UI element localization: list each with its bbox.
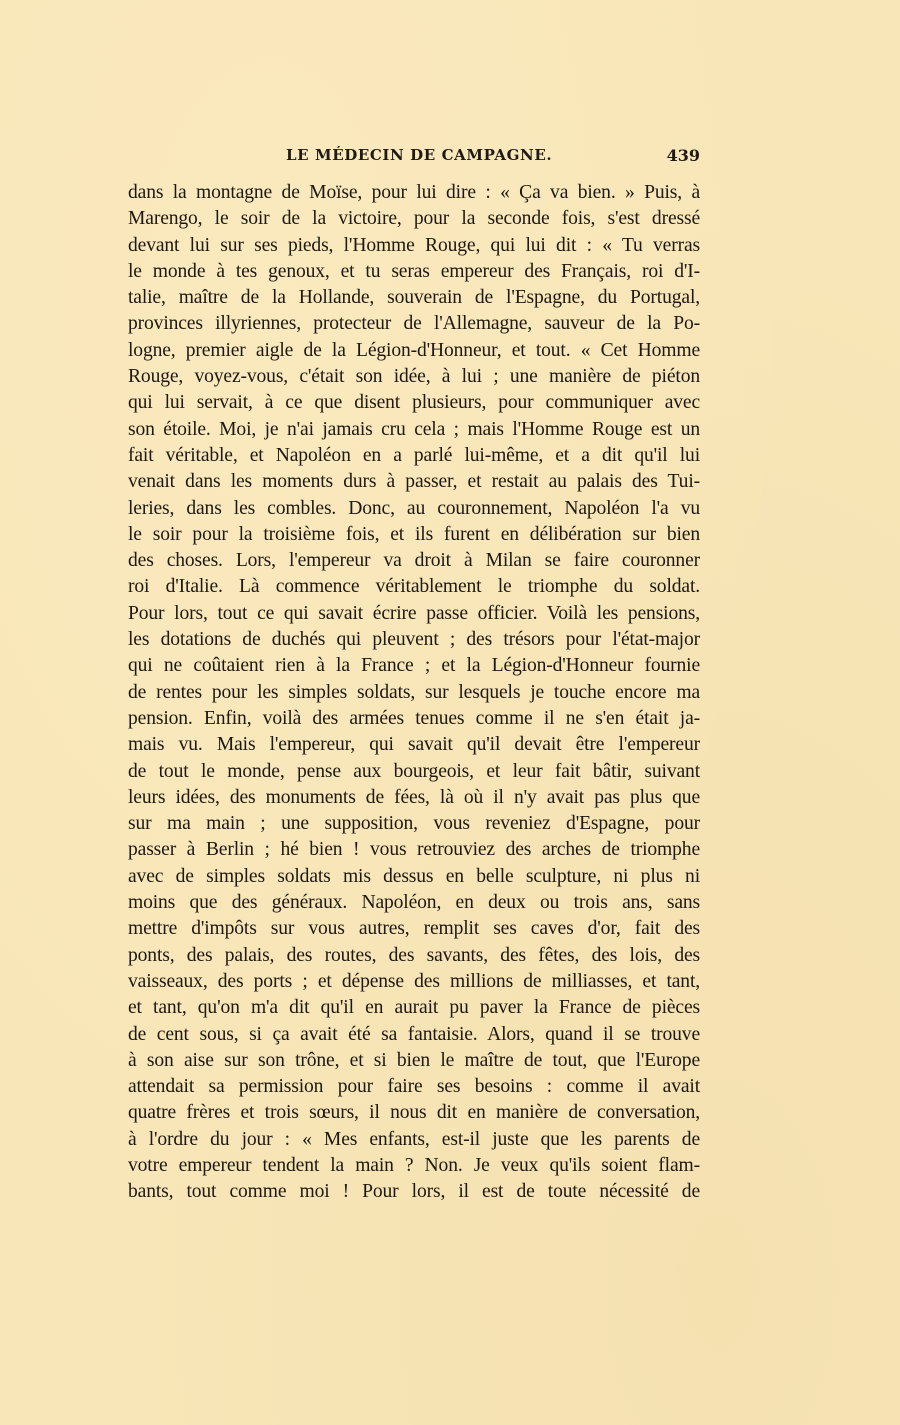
text-line: le monde à tes genoux, et tu seras emper… — [128, 259, 700, 285]
text-line: son étoile. Moi, je n'ai jamais cru cela… — [128, 417, 700, 443]
body-text: dans la montagne de Moïse, pour lui dire… — [128, 180, 700, 1206]
text-line: mais vu. Mais l'empereur, qui savait qu'… — [128, 732, 700, 758]
text-line: Pour lors, tout ce qui savait écrire pas… — [128, 601, 700, 627]
text-line: pension. Enfin, voilà des armées tenues … — [128, 706, 700, 732]
text-line: bants, tout comme moi ! Pour lors, il es… — [128, 1179, 700, 1205]
text-line: leries, dans les combles. Donc, au couro… — [128, 496, 700, 522]
running-title: LE MÉDECIN DE CAMPAGNE. — [286, 146, 552, 164]
text-line: passer à Berlin ; hé bien ! vous retrouv… — [128, 837, 700, 863]
text-line: qui ne coûtaient rien à la France ; et l… — [128, 653, 700, 679]
text-line: de rentes pour les simples soldats, sur … — [128, 680, 700, 706]
text-line: avec de simples soldats mis dessus en be… — [128, 864, 700, 890]
text-line: roi d'Italie. Là commence véritablement … — [128, 574, 700, 600]
text-line: provinces illyriennes, protecteur de l'A… — [128, 311, 700, 337]
text-line: Rouge, voyez-vous, c'était son idée, à l… — [128, 364, 700, 390]
text-line: les dotations de duchés qui pleuvent ; d… — [128, 627, 700, 653]
text-line: à l'ordre du jour : « Mes enfants, est-i… — [128, 1127, 700, 1153]
text-line: dans la montagne de Moïse, pour lui dire… — [128, 180, 700, 206]
text-line: quatre frères et trois sœurs, il nous di… — [128, 1100, 700, 1126]
text-line: logne, premier aigle de la Légion-d'Honn… — [128, 338, 700, 364]
text-line: de tout le monde, pense aux bourgeois, e… — [128, 759, 700, 785]
text-line: à son aise sur son trône, et si bien le … — [128, 1048, 700, 1074]
text-line: votre empereur tendent la main ? Non. Je… — [128, 1153, 700, 1179]
text-line: sur ma main ; une supposition, vous reve… — [128, 811, 700, 837]
text-line: Marengo, le soir de la victoire, pour la… — [128, 206, 700, 232]
text-line: leurs idées, des monuments de fées, là o… — [128, 785, 700, 811]
text-line: moins que des généraux. Napoléon, en deu… — [128, 890, 700, 916]
text-line: devant lui sur ses pieds, l'Homme Rouge,… — [128, 233, 700, 259]
text-line: mettre d'impôts sur vous autres, remplit… — [128, 916, 700, 942]
book-page: LE MÉDECIN DE CAMPAGNE. 439 dans la mont… — [0, 0, 900, 1425]
text-line: talie, maître de la Hollande, souverain … — [128, 285, 700, 311]
text-line: venait dans les moments durs à passer, e… — [128, 469, 700, 495]
text-line: des choses. Lors, l'empereur va droit à … — [128, 548, 700, 574]
text-line: le soir pour la troisième fois, et ils f… — [128, 522, 700, 548]
text-line: fait véritable, et Napoléon en a parlé l… — [128, 443, 700, 469]
text-line: attendait sa permission pour faire ses b… — [128, 1074, 700, 1100]
page-number: 439 — [667, 146, 700, 165]
text-line: vaisseaux, des ports ; et dépense des mi… — [128, 969, 700, 995]
text-line: et tant, qu'on m'a dit qu'il en aurait p… — [128, 995, 700, 1021]
running-head: LE MÉDECIN DE CAMPAGNE. 439 — [128, 146, 700, 168]
text-line: qui lui servait, à ce que disent plusieu… — [128, 390, 700, 416]
text-line: ponts, des palais, des routes, des savan… — [128, 943, 700, 969]
text-line: de cent sous, si ça avait été sa fantais… — [128, 1022, 700, 1048]
